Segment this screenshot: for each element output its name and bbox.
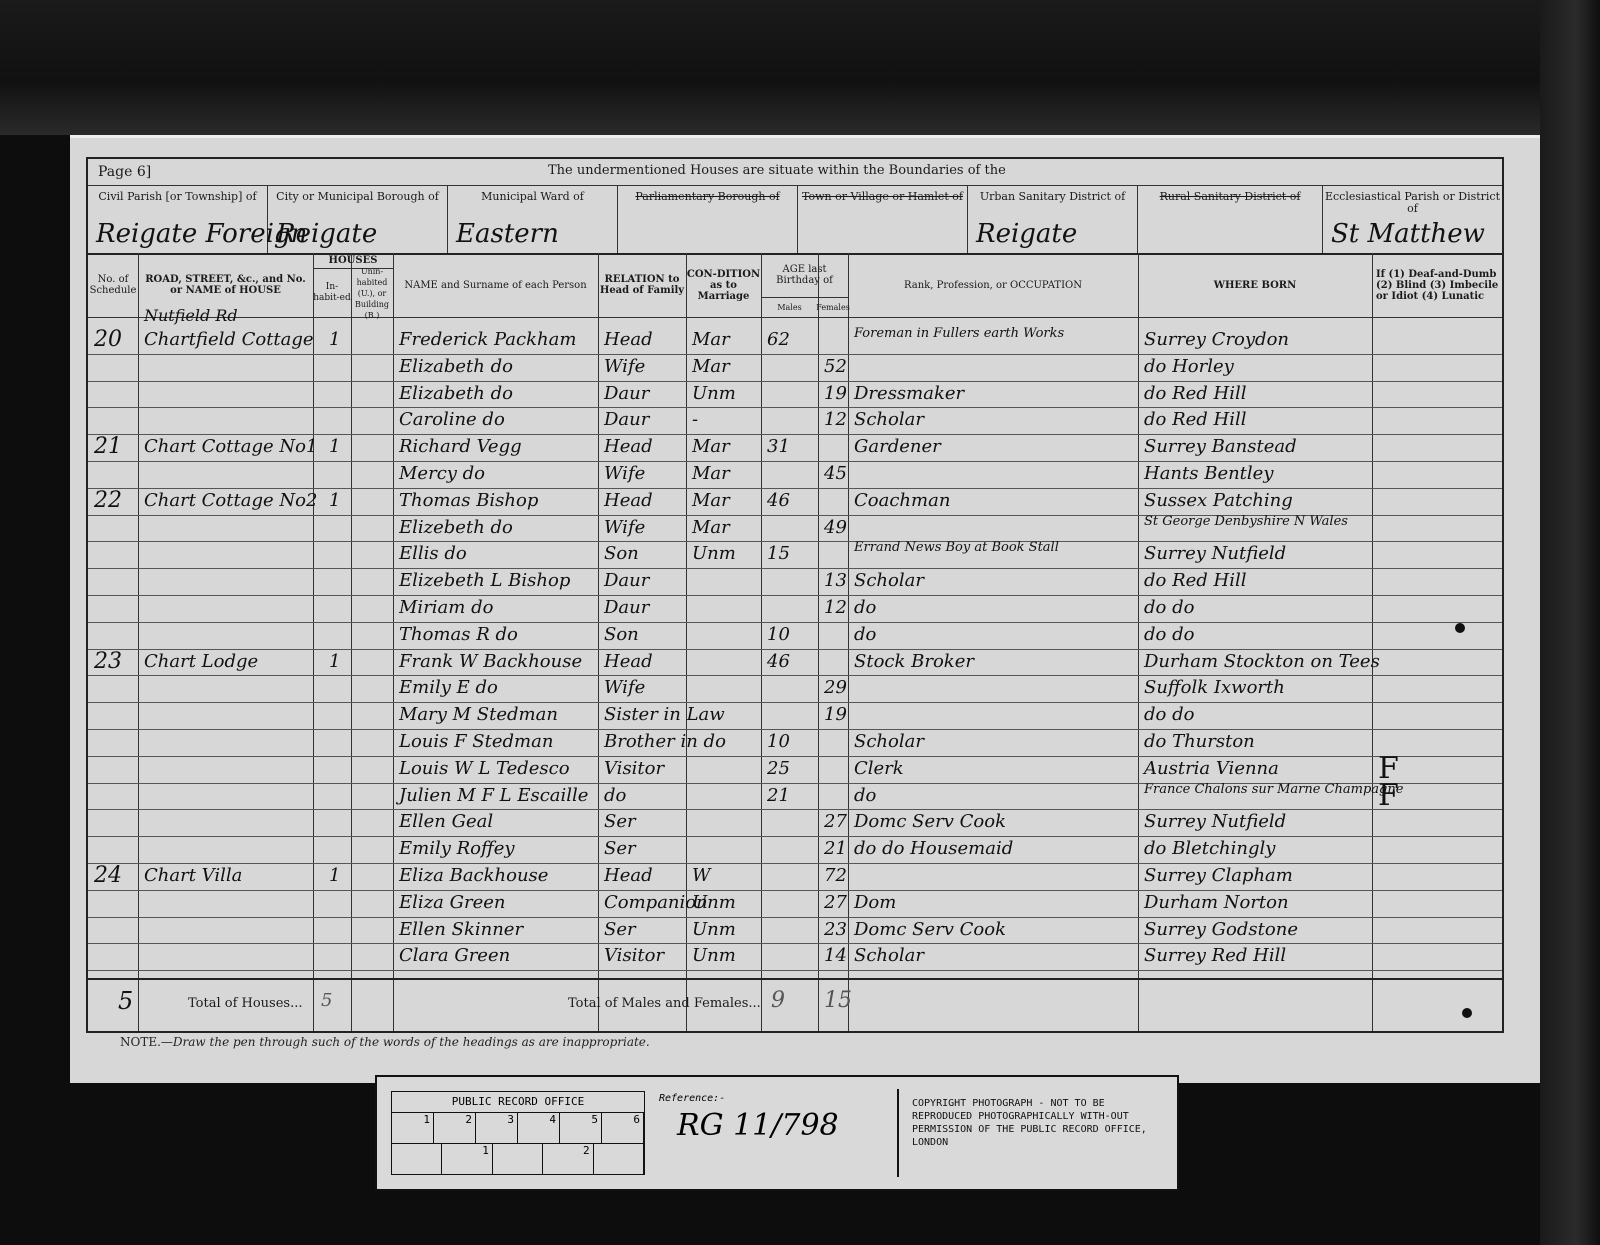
person-name: Mary M Stedman: [399, 702, 558, 728]
female-age: 12: [824, 595, 847, 621]
inhabited-count: 1: [329, 863, 340, 889]
reference-value: RG 11/798: [657, 1108, 897, 1143]
person-name: Ellen Skinner: [399, 917, 523, 943]
person-name: Thomas R do: [399, 622, 518, 648]
person-name: Emily E do: [399, 675, 498, 701]
condition: Mar: [692, 488, 730, 514]
column-divider: [818, 253, 819, 1031]
inhabited-count: 1: [329, 488, 340, 514]
archive-reference-tag: PUBLIC RECORD OFFICE 123456 12 Reference…: [375, 1075, 1179, 1191]
person-name: Frank W Backhouse: [399, 649, 582, 675]
row-divider: [88, 461, 1502, 462]
header-relation: RELATION to Head of Family: [598, 253, 686, 317]
birthplace: Surrey Nutfield: [1144, 809, 1286, 835]
relation: Ser: [604, 809, 636, 835]
occupation: Domc Serv Cook: [854, 809, 1006, 835]
male-age: 25: [767, 756, 790, 782]
relation: Ser: [604, 917, 636, 943]
condition: Mar: [692, 354, 730, 380]
female-age: 27: [824, 890, 847, 916]
scale-mark: [594, 1144, 644, 1174]
row-divider: [88, 943, 1502, 944]
female-age: 27: [824, 809, 847, 835]
scale-mark: 2: [543, 1144, 593, 1174]
header-born: WHERE BORN: [1138, 253, 1372, 317]
house-name: Chart Villa: [144, 863, 242, 889]
condition: W: [692, 863, 711, 889]
row-divider: [88, 622, 1502, 623]
reference-label: Reference:-: [657, 1089, 897, 1108]
row-divider: [88, 890, 1502, 891]
area-label: Parliamentary Borough of: [618, 185, 797, 203]
office-cell: 5: [560, 1113, 602, 1143]
area-label: Town or Village or Hamlet of: [798, 185, 967, 203]
ink-blot: [1455, 623, 1465, 633]
birthplace: do do: [1144, 622, 1194, 648]
office-scale: 12: [392, 1144, 644, 1174]
relation: Head: [604, 863, 653, 889]
male-age: 21: [767, 783, 790, 809]
condition: -: [692, 407, 698, 433]
office-cell: 1: [392, 1113, 434, 1143]
header-males: Males: [761, 297, 818, 317]
area-label: Urban Sanitary District of: [968, 185, 1137, 203]
occupation: Scholar: [854, 407, 924, 433]
public-record-office-box: PUBLIC RECORD OFFICE 123456 12: [391, 1091, 645, 1175]
area-label: Ecclesiastical Parish or District of: [1323, 185, 1502, 215]
female-age: 12: [824, 407, 847, 433]
row-divider: [88, 568, 1502, 569]
occupation: Coachman: [854, 488, 950, 514]
female-age: 19: [824, 381, 847, 407]
male-age: 46: [767, 649, 790, 675]
occupation: Domc Serv Cook: [854, 917, 1006, 943]
birthplace: do Horley: [1144, 354, 1234, 380]
person-name: Richard Vegg: [399, 434, 522, 460]
person-name: Frederick Packham: [399, 327, 576, 353]
condition: Unm: [692, 541, 736, 567]
administrative-areas-row: Civil Parish [or Township] ofReigate For…: [88, 185, 1502, 255]
row-divider: [88, 729, 1502, 730]
birthplace: St George Denbyshire N Wales: [1144, 515, 1348, 528]
header-infirmity: If (1) Deaf-and-Dumb (2) Blind (3) Imbec…: [1372, 253, 1502, 317]
reference-box: Reference:- RG 11/798: [657, 1089, 899, 1177]
birthplace: France Chalons sur Marne Champagne: [1144, 783, 1403, 796]
relation: Son: [604, 541, 639, 567]
area-cell: Parliamentary Borough of: [618, 185, 798, 253]
header-name: NAME and Surname of each Person: [393, 253, 598, 317]
relation: Wife: [604, 461, 645, 487]
birthplace: do Red Hill: [1144, 407, 1247, 433]
header-schedule: No. of Schedule: [88, 253, 138, 317]
row-divider: [88, 354, 1502, 355]
occupation: Scholar: [854, 729, 924, 755]
condition: Unm: [692, 381, 736, 407]
office-title: PUBLIC RECORD OFFICE: [392, 1092, 644, 1113]
person-name: Elizebeth L Bishop: [399, 568, 570, 594]
condition: Unm: [692, 890, 736, 916]
female-age: 29: [824, 675, 847, 701]
birthplace: Surrey Red Hill: [1144, 943, 1286, 969]
area-value: St Matthew: [1331, 219, 1485, 249]
relation: Sister in Law: [604, 702, 725, 728]
person-name: Louis F Stedman: [399, 729, 553, 755]
boundary-title: The undermentioned Houses are situate wi…: [548, 163, 1006, 178]
person-name: Emily Roffey: [399, 836, 515, 862]
relation: Head: [604, 434, 653, 460]
person-name: Louis W L Tedesco: [399, 756, 570, 782]
male-age: 62: [767, 327, 790, 353]
area-cell: City or Municipal Borough ofReigate: [268, 185, 448, 253]
header-uninhabited: Unin-habited (U.), or Building (B.): [351, 269, 393, 317]
birthplace: do do: [1144, 595, 1194, 621]
occupation: Scholar: [854, 943, 924, 969]
row-divider: [88, 381, 1502, 382]
row-divider: [88, 407, 1502, 408]
birthplace: Hants Bentley: [1144, 461, 1274, 487]
row-divider: [88, 809, 1502, 810]
ink-blot: [1462, 1008, 1472, 1018]
office-cell: 4: [518, 1113, 560, 1143]
person-name: Elizabeth do: [399, 381, 513, 407]
birthplace: Suffolk Ixworth: [1144, 675, 1285, 701]
person-name: Miriam do: [399, 595, 493, 621]
row-divider: [88, 970, 1502, 971]
occupation: do: [854, 783, 876, 809]
occupation: Gardener: [854, 434, 941, 460]
column-divider: [1372, 253, 1373, 1031]
birthplace: do Red Hill: [1144, 568, 1247, 594]
birthplace: do Red Hill: [1144, 381, 1247, 407]
area-value: Reigate: [976, 219, 1077, 249]
female-age: 49: [824, 515, 847, 541]
occupation: do: [854, 595, 876, 621]
occupation: do do Housemaid: [854, 836, 1013, 862]
area-label: Rural Sanitary District of: [1138, 185, 1322, 203]
photo-frame-top: [0, 0, 1600, 135]
person-name: Thomas Bishop: [399, 488, 538, 514]
person-name: Elizabeth do: [399, 354, 513, 380]
birthplace: do Bletchingly: [1144, 836, 1275, 862]
relation: do: [604, 783, 626, 809]
occupation: Foreman in Fullers earth Works: [854, 327, 1064, 340]
total-persons-label: Total of Males and Females...: [568, 996, 761, 1011]
birthplace: Durham Norton: [1144, 890, 1289, 916]
row-divider: [88, 675, 1502, 676]
area-value: Eastern: [456, 219, 559, 249]
birthplace: Surrey Banstead: [1144, 434, 1297, 460]
relation: Head: [604, 649, 653, 675]
condition: Unm: [692, 943, 736, 969]
scale-mark: [392, 1144, 442, 1174]
female-age: 52: [824, 354, 847, 380]
occupation: Clerk: [854, 756, 904, 782]
relation: Brother in do: [604, 729, 726, 755]
office-cell: 2: [434, 1113, 476, 1143]
house-name: Chartfield Cottage: [144, 327, 314, 353]
occupation: Stock Broker: [854, 649, 974, 675]
header-females: Females: [818, 297, 848, 317]
birthplace: Durham Stockton on Tees: [1144, 649, 1380, 675]
female-age: 23: [824, 917, 847, 943]
photo-frame-right: [1540, 0, 1600, 1245]
person-name: Julien M F L Escaille: [399, 783, 588, 809]
infirmity-mark: F: [1378, 783, 1399, 809]
totals-divider: [88, 978, 1502, 980]
relation: Son: [604, 622, 639, 648]
female-age: 45: [824, 461, 847, 487]
inhabited-count: 1: [329, 649, 340, 675]
page-header-row: Page 6] The undermentioned Houses are si…: [88, 159, 1502, 186]
area-label: City or Municipal Borough of: [268, 185, 447, 203]
occupation: Dom: [854, 890, 896, 916]
total-females: 15: [824, 988, 852, 1014]
relation: Head: [604, 488, 653, 514]
header-condition: CON-DITION as to Marriage: [686, 253, 761, 317]
condition: Mar: [692, 515, 730, 541]
male-age: 31: [767, 434, 790, 460]
page-number: Page 6]: [98, 164, 151, 180]
house-name: Chart Lodge: [144, 649, 258, 675]
scale-mark: [493, 1144, 543, 1174]
condition: Mar: [692, 327, 730, 353]
female-age: 19: [824, 702, 847, 728]
relation: Visitor: [604, 943, 664, 969]
column-divider: [313, 253, 314, 1031]
person-name: Caroline do: [399, 407, 505, 433]
area-cell: Rural Sanitary District of: [1138, 185, 1323, 253]
female-age: 14: [824, 943, 847, 969]
person-name: Ellen Geal: [399, 809, 493, 835]
schedule-number: 21: [94, 434, 122, 460]
house-name: Chart Cottage No2: [144, 488, 317, 514]
office-cell: 3: [476, 1113, 518, 1143]
relation: Daur: [604, 595, 649, 621]
relation: Visitor: [604, 756, 664, 782]
person-name: Eliza Green: [399, 890, 505, 916]
scale-mark: 1: [442, 1144, 492, 1174]
condition: Mar: [692, 434, 730, 460]
condition: Unm: [692, 917, 736, 943]
condition: Mar: [692, 461, 730, 487]
male-age: 10: [767, 622, 790, 648]
birthplace: Surrey Clapham: [1144, 863, 1293, 889]
schedule-number: 23: [94, 649, 122, 675]
header-inhabited: In-habit-ed: [313, 269, 351, 317]
column-divider: [848, 253, 849, 1031]
occupation: Dressmaker: [854, 381, 964, 407]
female-age: 13: [824, 568, 847, 594]
female-age: 21: [824, 836, 847, 862]
area-cell: Civil Parish [or Township] ofReigate For…: [88, 185, 268, 253]
inhabited-count: 1: [329, 434, 340, 460]
relation: Daur: [604, 381, 649, 407]
footnote: NOTE.—Draw the pen through such of the w…: [120, 1035, 650, 1049]
total-houses-value: 5: [321, 988, 332, 1014]
column-divider: [1138, 253, 1139, 1031]
birthplace: do do: [1144, 702, 1194, 728]
header-age: AGE last Birthday of: [761, 253, 848, 297]
relation: Daur: [604, 568, 649, 594]
area-cell: Municipal Ward ofEastern: [448, 185, 618, 253]
area-cell: Urban Sanitary District ofReigate: [968, 185, 1138, 253]
schedule-number: 22: [94, 488, 122, 514]
area-value: Reigate: [276, 219, 377, 249]
occupation: Errand News Boy at Book Stall: [854, 541, 1059, 554]
house-name: Chart Cottage No1: [144, 434, 317, 460]
person-name: Elizebeth do: [399, 515, 513, 541]
birthplace: Austria Vienna: [1144, 756, 1279, 782]
area-cell: Ecclesiastical Parish or District ofSt M…: [1323, 185, 1502, 253]
area-cell: Town or Village or Hamlet of: [798, 185, 968, 253]
office-cell: 6: [602, 1113, 644, 1143]
birthplace: Surrey Godstone: [1144, 917, 1298, 943]
relation: Wife: [604, 515, 645, 541]
relation: Ser: [604, 836, 636, 862]
header-occupation: Rank, Profession, or OCCUPATION: [848, 253, 1138, 317]
column-divider: [761, 253, 762, 1031]
occupation: do: [854, 622, 876, 648]
row-divider: [88, 541, 1502, 542]
row-divider: [88, 702, 1502, 703]
census-sheet: Page 6] The undermentioned Houses are si…: [70, 135, 1540, 1083]
occupation: Scholar: [854, 568, 924, 594]
total-houses-label: Total of Houses...: [188, 996, 303, 1011]
column-divider: [351, 253, 352, 1031]
birthplace: do Thurston: [1144, 729, 1255, 755]
male-age: 10: [767, 729, 790, 755]
area-label: Civil Parish [or Township] of: [88, 185, 267, 203]
row-divider: [88, 595, 1502, 596]
copyright-notice: COPYRIGHT PHOTOGRAPH - NOT TO BE REPRODU…: [912, 1097, 1167, 1149]
total-schedules: 5: [118, 988, 133, 1014]
relation: Wife: [604, 675, 645, 701]
person-name: Ellis do: [399, 541, 467, 567]
column-divider: [138, 253, 139, 1031]
office-cells: 123456: [392, 1113, 644, 1144]
census-form: Page 6] The undermentioned Houses are si…: [86, 157, 1504, 1033]
inhabited-count: 1: [329, 327, 340, 353]
male-age: 46: [767, 488, 790, 514]
person-name: Eliza Backhouse: [399, 863, 548, 889]
person-name: Clara Green: [399, 943, 510, 969]
row-divider: [88, 756, 1502, 757]
note-prefix: NOTE.—: [120, 1035, 173, 1049]
area-label: Municipal Ward of: [448, 185, 617, 203]
female-age: 72: [824, 863, 847, 889]
schedule-number: 24: [94, 863, 122, 889]
relation: Wife: [604, 354, 645, 380]
birthplace: Surrey Nutfield: [1144, 541, 1286, 567]
street-header: Nutfield Rd: [144, 303, 238, 329]
column-divider: [393, 253, 394, 1031]
schedule-number: 20: [94, 327, 122, 353]
relation: Head: [604, 327, 653, 353]
birthplace: Surrey Croydon: [1144, 327, 1289, 353]
row-divider: [88, 836, 1502, 837]
relation: Daur: [604, 407, 649, 433]
person-name: Mercy do: [399, 461, 485, 487]
total-males: 9: [771, 988, 785, 1014]
column-divider: [598, 253, 599, 1031]
male-age: 15: [767, 541, 790, 567]
birthplace: Sussex Patching: [1144, 488, 1293, 514]
note-text: Draw the pen through such of the words o…: [173, 1035, 650, 1049]
